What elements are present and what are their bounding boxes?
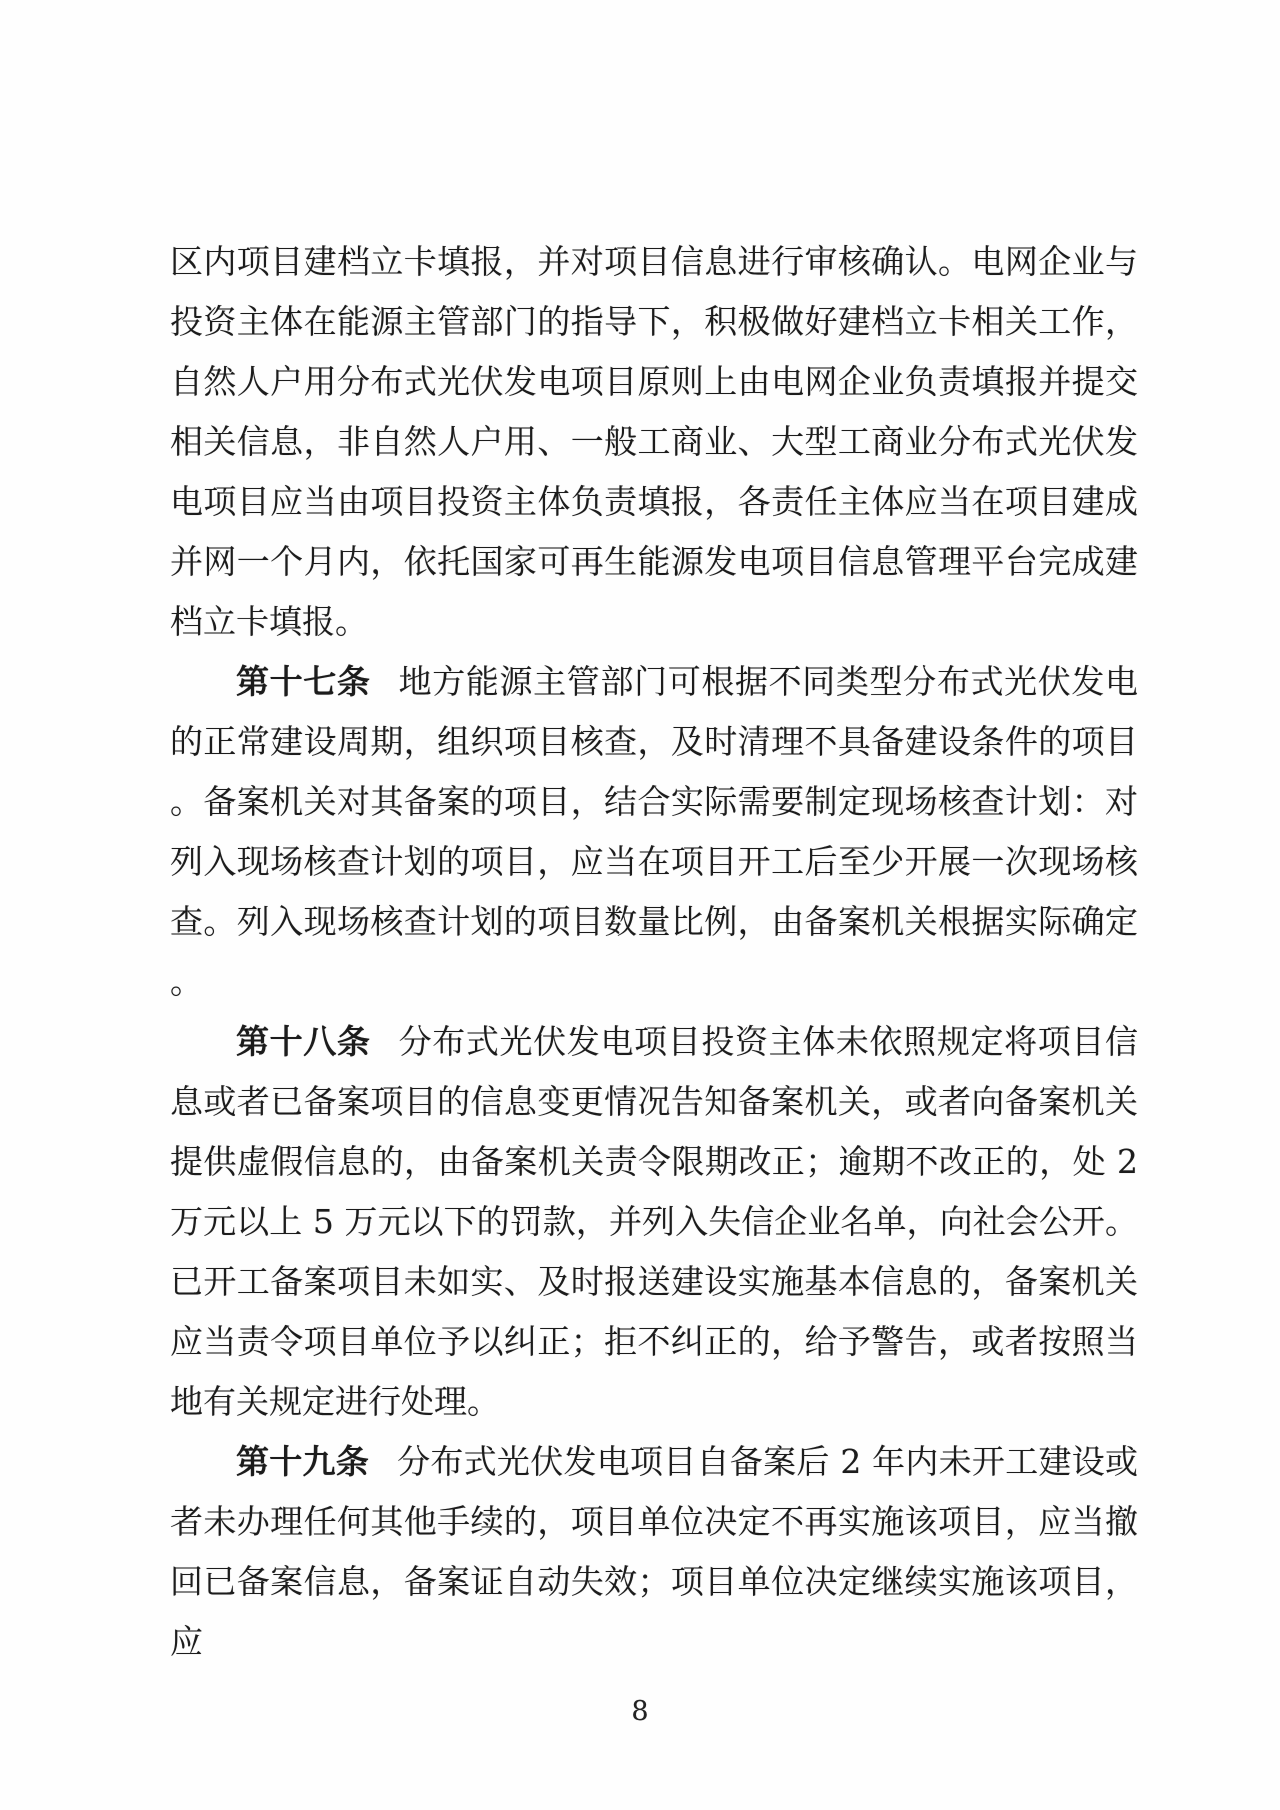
page-number: 8	[0, 1694, 1280, 1730]
article-18-label: 第十八条	[236, 1022, 371, 1061]
paragraph-article-19: 第十九条分布式光伏发电项目自备案后 2 年内未开工建设或者未办理任何其他手续的，…	[170, 1432, 1138, 1672]
article-17-text: 地方能源主管部门可根据不同类型分布式光伏发电的正常建设周期，组织项目核查，及时清…	[170, 662, 1138, 1001]
paragraph-article-18: 第十八条分布式光伏发电项目投资主体未依照规定将项目信息或者已备案项目的信息变更情…	[170, 1012, 1138, 1432]
paragraph-text: 区内项目建档立卡填报，并对项目信息进行审核确认。电网企业与投资主体在能源主管部门…	[170, 242, 1138, 641]
article-19-label: 第十九条	[236, 1442, 369, 1481]
article-17-label: 第十七条	[236, 662, 371, 701]
paragraph-article-17: 第十七条地方能源主管部门可根据不同类型分布式光伏发电的正常建设周期，组织项目核查…	[170, 652, 1138, 1012]
paragraph-continuation: 区内项目建档立卡填报，并对项目信息进行审核确认。电网企业与投资主体在能源主管部门…	[170, 232, 1138, 652]
document-page: 区内项目建档立卡填报，并对项目信息进行审核确认。电网企业与投资主体在能源主管部门…	[0, 0, 1280, 1810]
page-content: 区内项目建档立卡填报，并对项目信息进行审核确认。电网企业与投资主体在能源主管部门…	[170, 232, 1138, 1672]
article-18-text: 分布式光伏发电项目投资主体未依照规定将项目信息或者已备案项目的信息变更情况告知备…	[170, 1022, 1138, 1421]
